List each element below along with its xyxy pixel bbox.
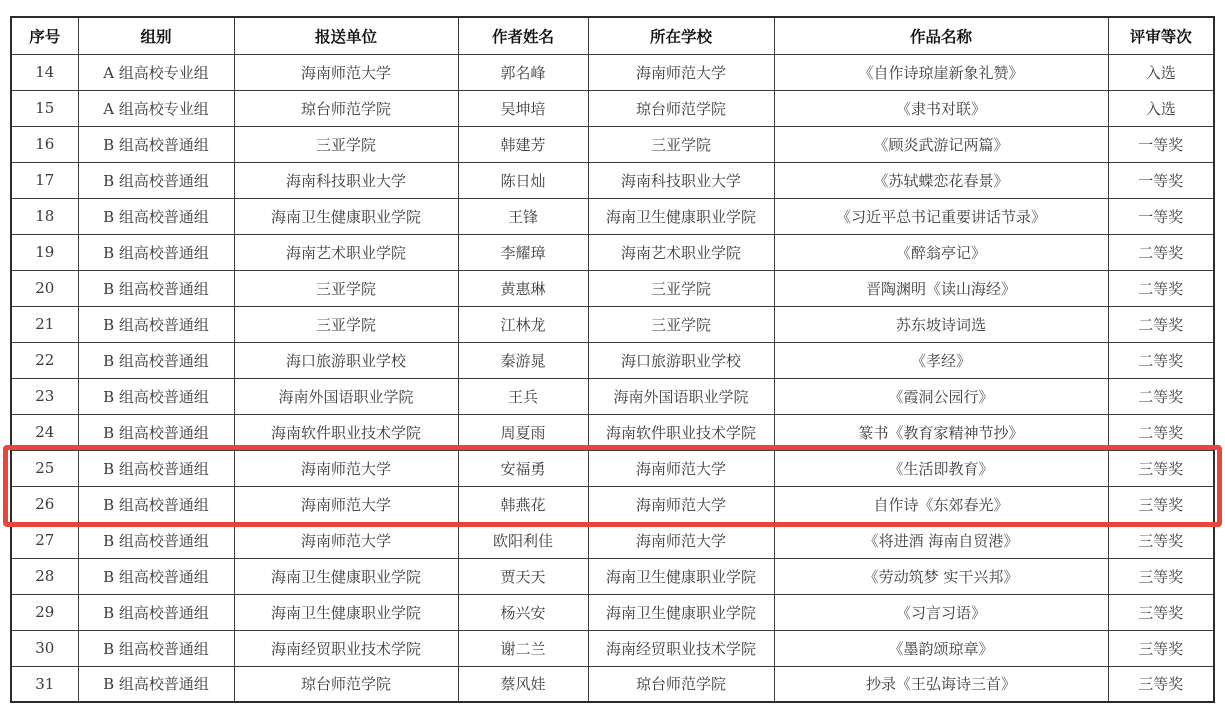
table-cell: 30 [11,630,78,666]
table-cell: 贾天天 [458,558,588,594]
table-cell: 海南科技职业大学 [588,162,774,198]
table-row: 16B 组高校普通组三亚学院韩建芳三亚学院《顾炎武游记两篇》一等奖 [11,126,1214,162]
table-row: 23B 组高校普通组海南外国语职业学院王兵海南外国语职业学院《霞洞公园行》二等奖 [11,378,1214,414]
table-cell: 三亚学院 [588,270,774,306]
table-cell: A 组高校专业组 [78,54,234,90]
document-page: 序号 组别 报送单位 作者姓名 所在学校 作品名称 评审等次 14A 组高校专业… [0,0,1225,714]
table-cell: 三等奖 [1108,522,1214,558]
awards-table: 序号 组别 报送单位 作者姓名 所在学校 作品名称 评审等次 14A 组高校专业… [10,16,1215,703]
table-cell: 三等奖 [1108,558,1214,594]
table-cell: B 组高校普通组 [78,126,234,162]
table-cell: 秦游晁 [458,342,588,378]
table-cell: 海南软件职业技术学院 [234,414,458,450]
table-cell: B 组高校普通组 [78,234,234,270]
table-body: 14A 组高校专业组海南师范大学郭名峰海南师范大学《自作诗琼崖新象礼赞》入选15… [11,54,1214,702]
table-cell: A 组高校专业组 [78,90,234,126]
table-cell: B 组高校普通组 [78,558,234,594]
table-row: 14A 组高校专业组海南师范大学郭名峰海南师范大学《自作诗琼崖新象礼赞》入选 [11,54,1214,90]
table-row: 19B 组高校普通组海南艺术职业学院李耀璋海南艺术职业学院《醉翁亭记》二等奖 [11,234,1214,270]
table-cell: 三亚学院 [234,126,458,162]
table-cell: 二等奖 [1108,234,1214,270]
table-cell: 《孝经》 [774,342,1108,378]
table-cell: 海南软件职业技术学院 [588,414,774,450]
table-cell: 二等奖 [1108,378,1214,414]
table-cell: 三亚学院 [234,270,458,306]
table-cell: 海南科技职业大学 [234,162,458,198]
table-cell: 三等奖 [1108,666,1214,702]
header-cell-unit: 报送单位 [234,17,458,54]
table-cell: 海南师范大学 [234,486,458,522]
header-cell-number: 序号 [11,17,78,54]
table-cell: 《习言习语》 [774,594,1108,630]
table-cell: 一等奖 [1108,126,1214,162]
table-cell: 25 [11,450,78,486]
table-row: 29B 组高校普通组海南卫生健康职业学院杨兴安海南卫生健康职业学院《习言习语》三… [11,594,1214,630]
table-cell: 海口旅游职业学校 [234,342,458,378]
table-cell: 三等奖 [1108,450,1214,486]
table-cell: 海南卫生健康职业学院 [588,198,774,234]
table-cell: 海南师范大学 [234,450,458,486]
table-cell: 27 [11,522,78,558]
table-row: 28B 组高校普通组海南卫生健康职业学院贾天天海南卫生健康职业学院《劳动筑梦 实… [11,558,1214,594]
table-row: 24B 组高校普通组海南软件职业技术学院周夏雨海南软件职业技术学院篆书《教育家精… [11,414,1214,450]
table-cell: 《霞洞公园行》 [774,378,1108,414]
header-cell-work: 作品名称 [774,17,1108,54]
table-cell: 杨兴安 [458,594,588,630]
table-cell: B 组高校普通组 [78,270,234,306]
table-row: 25B 组高校普通组海南师范大学安福勇海南师范大学《生活即教育》三等奖 [11,450,1214,486]
table-cell: 韩建芳 [458,126,588,162]
table-cell: 15 [11,90,78,126]
table-cell: 二等奖 [1108,270,1214,306]
table-cell: 三亚学院 [234,306,458,342]
table-cell: 31 [11,666,78,702]
table-cell: B 组高校普通组 [78,198,234,234]
table-cell: B 组高校普通组 [78,594,234,630]
table-row: 20B 组高校普通组三亚学院黄惠琳三亚学院晋陶渊明《读山海经》二等奖 [11,270,1214,306]
table-cell: 三等奖 [1108,486,1214,522]
table-cell: 《习近平总书记重要讲话节录》 [774,198,1108,234]
table-cell: B 组高校普通组 [78,666,234,702]
table-row: 27B 组高校普通组海南师范大学欧阳利佳海南师范大学《将进酒 海南自贸港》三等奖 [11,522,1214,558]
table-cell: 海口旅游职业学校 [588,342,774,378]
table-cell: 海南外国语职业学院 [234,378,458,414]
table-row: 15A 组高校专业组琼台师范学院吴坤培琼台师范学院《隶书对联》入选 [11,90,1214,126]
table-cell: 《醉翁亭记》 [774,234,1108,270]
table-cell: 海南师范大学 [588,54,774,90]
table-cell: 海南卫生健康职业学院 [234,198,458,234]
table-cell: 海南艺术职业学院 [234,234,458,270]
table-cell: 琼台师范学院 [588,90,774,126]
table-cell: 26 [11,486,78,522]
table-cell: 入选 [1108,90,1214,126]
table-cell: 一等奖 [1108,162,1214,198]
table-cell: 吴坤培 [458,90,588,126]
table-row: 18B 组高校普通组海南卫生健康职业学院王锋海南卫生健康职业学院《习近平总书记重… [11,198,1214,234]
header-row: 序号 组别 报送单位 作者姓名 所在学校 作品名称 评审等次 [11,17,1214,54]
table-cell: 海南外国语职业学院 [588,378,774,414]
table-cell: B 组高校普通组 [78,522,234,558]
table-cell: 自作诗《东郊春光》 [774,486,1108,522]
table-cell: 篆书《教育家精神节抄》 [774,414,1108,450]
header-cell-group: 组别 [78,17,234,54]
table-cell: B 组高校普通组 [78,378,234,414]
table-cell: 海南师范大学 [588,522,774,558]
table-cell: 二等奖 [1108,306,1214,342]
table-cell: 抄录《王弘诲诗三首》 [774,666,1108,702]
table-cell: 海南卫生健康职业学院 [588,594,774,630]
table-cell: 海南师范大学 [588,486,774,522]
table-cell: 海南卫生健康职业学院 [234,594,458,630]
table-cell: 18 [11,198,78,234]
header-cell-school: 所在学校 [588,17,774,54]
table-cell: 17 [11,162,78,198]
table-cell: 二等奖 [1108,342,1214,378]
table-cell: 28 [11,558,78,594]
table-cell: 欧阳利佳 [458,522,588,558]
table-cell: 24 [11,414,78,450]
table-cell: 14 [11,54,78,90]
table-cell: 《自作诗琼崖新象礼赞》 [774,54,1108,90]
table-cell: 王兵 [458,378,588,414]
table-cell: 王锋 [458,198,588,234]
table-row: 21B 组高校普通组三亚学院江林龙三亚学院苏东坡诗词选二等奖 [11,306,1214,342]
table-cell: 海南艺术职业学院 [588,234,774,270]
table-cell: 16 [11,126,78,162]
table-cell: 《隶书对联》 [774,90,1108,126]
table-cell: 谢二兰 [458,630,588,666]
table-cell: 陈日灿 [458,162,588,198]
table-cell: 安福勇 [458,450,588,486]
table-cell: 琼台师范学院 [234,666,458,702]
table-cell: 21 [11,306,78,342]
table-cell: 22 [11,342,78,378]
table-cell: 海南经贸职业技术学院 [588,630,774,666]
table-cell: 韩燕花 [458,486,588,522]
table-cell: 《顾炎武游记两篇》 [774,126,1108,162]
table-header: 序号 组别 报送单位 作者姓名 所在学校 作品名称 评审等次 [11,17,1214,54]
table-cell: 琼台师范学院 [588,666,774,702]
table-cell: 苏东坡诗词选 [774,306,1108,342]
table-cell: 入选 [1108,54,1214,90]
table-cell: 29 [11,594,78,630]
table-cell: 海南师范大学 [588,450,774,486]
table-cell: 海南经贸职业技术学院 [234,630,458,666]
table-cell: 二等奖 [1108,414,1214,450]
table-row: 17B 组高校普通组海南科技职业大学陈日灿海南科技职业大学《苏轼蝶恋花春景》一等… [11,162,1214,198]
table-cell: 黄惠琳 [458,270,588,306]
table-cell: 郭名峰 [458,54,588,90]
table-cell: 三亚学院 [588,306,774,342]
table-row: 26B 组高校普通组海南师范大学韩燕花海南师范大学自作诗《东郊春光》三等奖 [11,486,1214,522]
table-row: 30B 组高校普通组海南经贸职业技术学院谢二兰海南经贸职业技术学院《墨韵颂琼章》… [11,630,1214,666]
table-cell: B 组高校普通组 [78,486,234,522]
table-cell: 三亚学院 [588,126,774,162]
table-row: 22B 组高校普通组海口旅游职业学校秦游晁海口旅游职业学校《孝经》二等奖 [11,342,1214,378]
table-cell: 晋陶渊明《读山海经》 [774,270,1108,306]
table-cell: 琼台师范学院 [234,90,458,126]
table-cell: 《劳动筑梦 实干兴邦》 [774,558,1108,594]
table-cell: 23 [11,378,78,414]
table-cell: 三等奖 [1108,594,1214,630]
table-cell: 《墨韵颂琼章》 [774,630,1108,666]
table-cell: B 组高校普通组 [78,414,234,450]
table-cell: 19 [11,234,78,270]
table-cell: B 组高校普通组 [78,162,234,198]
header-cell-author: 作者姓名 [458,17,588,54]
table-cell: 海南师范大学 [234,522,458,558]
table-cell: 江林龙 [458,306,588,342]
table-cell: 海南师范大学 [234,54,458,90]
table-cell: B 组高校普通组 [78,630,234,666]
table-cell: 三等奖 [1108,630,1214,666]
table-cell: 20 [11,270,78,306]
table-cell: 海南卫生健康职业学院 [588,558,774,594]
table-cell: 蔡风娃 [458,666,588,702]
table-cell: 《将进酒 海南自贸港》 [774,522,1108,558]
table-cell: 《生活即教育》 [774,450,1108,486]
table-cell: B 组高校普通组 [78,450,234,486]
table-cell: B 组高校普通组 [78,342,234,378]
table-row: 31B 组高校普通组琼台师范学院蔡风娃琼台师范学院抄录《王弘诲诗三首》三等奖 [11,666,1214,702]
table-cell: 周夏雨 [458,414,588,450]
header-cell-award: 评审等次 [1108,17,1214,54]
table-cell: 李耀璋 [458,234,588,270]
table-cell: 《苏轼蝶恋花春景》 [774,162,1108,198]
table-cell: 海南卫生健康职业学院 [234,558,458,594]
table-cell: 一等奖 [1108,198,1214,234]
table-cell: B 组高校普通组 [78,306,234,342]
